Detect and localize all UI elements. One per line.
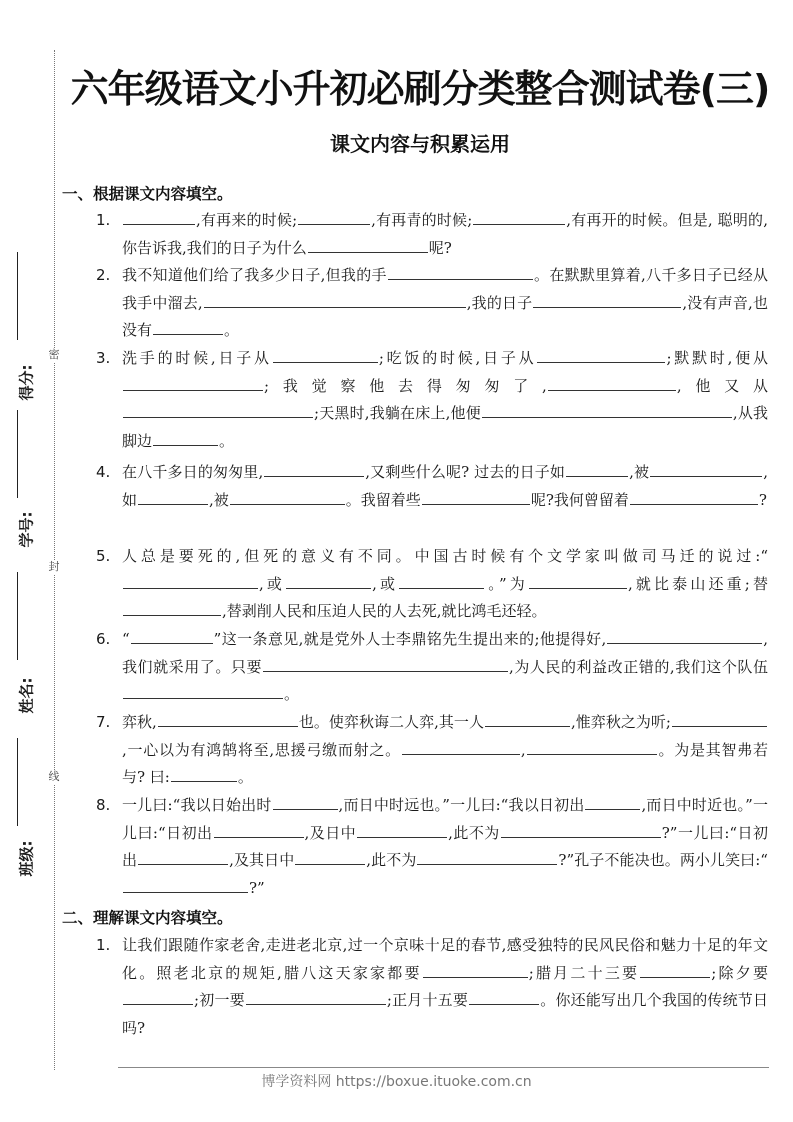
answer-blank[interactable] xyxy=(640,960,710,978)
answer-blank[interactable] xyxy=(158,709,298,727)
question-text: 人总是要死的,但死的意义有不同。中国古时候有个文学家叫做司马迁的说过:“,或,或… xyxy=(122,543,768,626)
question-text-segment: ;腊月二十三要 xyxy=(529,964,640,982)
question-text-segment: 洗手的时候,日子从 xyxy=(122,349,272,367)
question-text: 在八千多日的匆匆里,,又剩些什么呢? 过去的日子如,被,如,被。我留着些呢?我何… xyxy=(122,459,768,514)
question-text-segment: ,有再来的时候; xyxy=(196,211,297,229)
answer-blank[interactable] xyxy=(672,709,767,727)
question-text-segment: ,此不为 xyxy=(366,851,416,869)
question-1-5: 5.人总是要死的,但死的意义有不同。中国古时候有个文学家叫做司马迁的说过:“,或… xyxy=(96,543,768,626)
answer-blank[interactable] xyxy=(388,262,533,280)
answer-blank[interactable] xyxy=(566,459,628,477)
answer-blank[interactable] xyxy=(308,235,428,253)
question-text-segment: 呢?我何曾留着 xyxy=(531,491,629,509)
answer-blank[interactable] xyxy=(286,571,371,589)
question-text: 让我们跟随作家老舍,走进老北京,过一个京味十足的春节,感受独特的民风民俗和魅力十… xyxy=(122,932,768,1042)
name-label: 姓名: xyxy=(16,674,37,718)
page-title: 六年级语文小升初必刷分类整合测试卷(三) xyxy=(70,58,770,113)
seal-mark-mi: 密 xyxy=(46,348,62,362)
class-fill-line[interactable] xyxy=(17,738,18,826)
class-label: 班级: xyxy=(16,837,37,881)
answer-blank[interactable] xyxy=(123,207,195,225)
question-text-segment: 也。使弈秋诲二人弈,其一人 xyxy=(299,713,484,731)
student-id-label: 学号: xyxy=(16,508,37,552)
section-heading-1: 一、根据课文内容填空。 xyxy=(62,182,233,204)
question-number: 7. xyxy=(96,709,110,737)
question-text-segment: 。”为 xyxy=(485,575,528,593)
answer-blank[interactable] xyxy=(204,290,466,308)
footer-source: 博学资料网 https://boxue.ituoke.com.cn xyxy=(0,1071,793,1091)
answer-blank[interactable] xyxy=(263,654,508,672)
question-text-segment: ,而日中时远也。”一儿曰:“我以日初出 xyxy=(339,796,585,814)
answer-blank[interactable] xyxy=(123,571,258,589)
answer-blank[interactable] xyxy=(153,428,218,446)
question-text-segment: 。 xyxy=(224,321,239,339)
question-number: 6. xyxy=(96,626,110,654)
question-text-segment: 在八千多日的匆匆里, xyxy=(122,463,263,481)
answer-blank[interactable] xyxy=(423,960,528,978)
answer-blank[interactable] xyxy=(501,820,661,838)
question-1-4: 4.在八千多日的匆匆里,,又剩些什么呢? 过去的日子如,被,如,被。我留着些呢?… xyxy=(96,459,768,514)
question-1-2: 2.我不知道他们给了我多少日子,但我的手。在默默里算着,八千多日子已经从我手中溜… xyxy=(96,262,768,345)
answer-blank[interactable] xyxy=(123,400,313,418)
score-label: 得分: xyxy=(16,361,37,405)
question-text-segment: 人总是要死的,但死的意义有不同。中国古时候有个文学家叫做司马迁的说过:“ xyxy=(122,547,768,565)
question-text-segment: ,或 xyxy=(259,575,285,593)
answer-blank[interactable] xyxy=(399,571,484,589)
answer-blank[interactable] xyxy=(607,626,762,644)
answer-blank[interactable] xyxy=(533,290,681,308)
question-text-segment: ,有再青的时候; xyxy=(371,211,472,229)
question-text-segment: ;正月十五要 xyxy=(387,991,468,1009)
seal-mark-xian: 线 xyxy=(46,770,62,784)
question-text-segment: 。 xyxy=(238,768,253,786)
answer-blank[interactable] xyxy=(264,459,364,477)
score-fill-line[interactable] xyxy=(17,252,18,340)
question-text-segment: 弈秋, xyxy=(122,713,157,731)
question-text-segment: ?”孔子不能决也。两小儿笑曰:“ xyxy=(558,851,768,869)
answer-blank[interactable] xyxy=(585,792,640,810)
question-text: 洗手的时候,日子从;吃饭的时候,日子从;默默时,便从;我觉察他去得匆匆了,,他又… xyxy=(122,345,768,455)
question-text-segment: ,或 xyxy=(372,575,398,593)
question-number: 8. xyxy=(96,792,110,820)
answer-blank[interactable] xyxy=(246,987,386,1005)
question-text-segment: , xyxy=(521,741,526,759)
question-text-segment: ,及日中 xyxy=(305,824,357,842)
question-text-segment: ,及其日中 xyxy=(229,851,294,869)
question-text-segment: ;天黑时,我躺在床上,他便 xyxy=(314,404,481,422)
answer-blank[interactable] xyxy=(131,626,213,644)
answer-blank[interactable] xyxy=(469,987,539,1005)
question-text: 我不知道他们给了我多少日子,但我的手。在默默里算着,八千多日子已经从我手中溜去,… xyxy=(122,262,768,345)
name-fill-line[interactable] xyxy=(17,572,18,660)
question-text-segment: ;初一要 xyxy=(194,991,245,1009)
student-id-fill-line[interactable] xyxy=(17,410,18,498)
question-text-segment: ? xyxy=(759,491,767,509)
question-text-segment: ;我觉察他去得匆匆了, xyxy=(264,377,547,395)
section-heading-2: 二、理解课文内容填空。 xyxy=(62,906,233,928)
answer-blank[interactable] xyxy=(357,820,447,838)
question-number: 1. xyxy=(96,932,110,960)
question-number: 1. xyxy=(96,207,110,235)
question-text-segment: ?” xyxy=(249,879,265,897)
answer-blank[interactable] xyxy=(153,317,223,335)
answer-blank[interactable] xyxy=(171,764,237,782)
answer-blank[interactable] xyxy=(527,737,657,755)
answer-blank[interactable] xyxy=(123,373,263,391)
question-2-1: 1.让我们跟随作家老舍,走进老北京,过一个京味十足的春节,感受独特的民风民俗和魅… xyxy=(96,932,768,1042)
question-text-segment: ,一心以为有鸿鹄将至,思援弓缴而射之。 xyxy=(122,741,401,759)
question-text-segment: ,就比泰山还重;替 xyxy=(628,575,768,593)
question-text-segment: ”这一条意见,就是党外人士李鼎铭先生提出来的;他提得好, xyxy=(214,630,607,648)
question-number: 2. xyxy=(96,262,110,290)
question-text-segment: ,我的日子 xyxy=(467,294,533,312)
answer-blank[interactable] xyxy=(138,847,228,865)
question-text-segment: ,被 xyxy=(209,491,229,509)
question-text-segment: 呢? xyxy=(429,239,452,257)
question-1-7: 7.弈秋,也。使弈秋诲二人弈,其一人,惟弈秋之为听;,一心以为有鸿鹄将至,思援弓… xyxy=(96,709,768,792)
answer-blank[interactable] xyxy=(485,709,570,727)
page-subtitle: 课文内容与积累运用 xyxy=(70,128,770,157)
question-text: “”这一条意见,就是党外人士李鼎铭先生提出来的;他提得好,,我们就采用了。只要,… xyxy=(122,626,768,709)
question-text-segment: ,又剩些什么呢? 过去的日子如 xyxy=(365,463,565,481)
question-1-8: 8.一儿曰:“我以日始出时,而日中时远也。”一儿曰:“我以日初出,而日中时近也。… xyxy=(96,792,768,902)
answer-blank[interactable] xyxy=(402,737,520,755)
question-text-segment: “ xyxy=(122,630,130,648)
question-text-segment: 。我留着些 xyxy=(346,491,421,509)
question-text-segment: ;除夕要 xyxy=(711,964,768,982)
question-text-segment: ;默默时,便从 xyxy=(666,349,768,367)
answer-blank[interactable] xyxy=(298,207,370,225)
answer-blank[interactable] xyxy=(650,459,762,477)
answer-blank[interactable] xyxy=(123,681,283,699)
question-text-segment: ,惟弈秋之为听; xyxy=(571,713,671,731)
question-text: ,有再来的时候;,有再青的时候;,有再开的时候。但是, 聪明的,你告诉我,我们的… xyxy=(122,207,768,262)
answer-blank[interactable] xyxy=(473,207,565,225)
answer-blank[interactable] xyxy=(138,487,208,505)
answer-blank[interactable] xyxy=(548,373,676,391)
question-text-segment: 一儿曰:“我以日始出时 xyxy=(122,796,272,814)
question-text-segment: ;吃饭的时候,日子从 xyxy=(379,349,537,367)
question-text: 一儿曰:“我以日始出时,而日中时远也。”一儿曰:“我以日初出,而日中时近也。”一… xyxy=(122,792,768,902)
answer-blank[interactable] xyxy=(482,400,732,418)
answer-blank[interactable] xyxy=(537,345,665,363)
answer-blank[interactable] xyxy=(295,847,365,865)
answer-blank[interactable] xyxy=(417,847,557,865)
answer-blank[interactable] xyxy=(123,987,193,1005)
question-number: 3. xyxy=(96,345,110,373)
footer-rule xyxy=(118,1067,769,1068)
question-text-segment: ,他又从 xyxy=(677,377,768,395)
answer-blank[interactable] xyxy=(230,487,345,505)
question-text-segment: ,被 xyxy=(629,463,649,481)
answer-blank[interactable] xyxy=(123,598,221,616)
answer-blank[interactable] xyxy=(422,487,530,505)
question-text-segment: 。 xyxy=(284,685,299,703)
answer-blank[interactable] xyxy=(123,875,248,893)
answer-blank[interactable] xyxy=(529,571,627,589)
answer-blank[interactable] xyxy=(273,345,378,363)
question-text-segment: 。 xyxy=(219,432,234,450)
answer-blank[interactable] xyxy=(273,792,338,810)
question-1-6: 6.“”这一条意见,就是党外人士李鼎铭先生提出来的;他提得好,,我们就采用了。只… xyxy=(96,626,768,709)
answer-blank[interactable] xyxy=(630,487,758,505)
question-text-segment: 我不知道他们给了我多少日子,但我的手 xyxy=(122,266,387,284)
question-number: 4. xyxy=(96,459,110,487)
question-1-3: 3.洗手的时候,日子从;吃饭的时候,日子从;默默时,便从;我觉察他去得匆匆了,,… xyxy=(96,345,768,455)
answer-blank[interactable] xyxy=(214,820,304,838)
question-1-1: 1.,有再来的时候;,有再青的时候;,有再开的时候。但是, 聪明的,你告诉我,我… xyxy=(96,207,768,262)
question-text-segment: ,替剥削人民和压迫人民的人去死,就比鸿毛还轻。 xyxy=(222,602,547,620)
seal-mark-feng: 封 xyxy=(46,560,62,574)
question-text-segment: ,为人民的利益改正错的,我们这个队伍 xyxy=(509,658,768,676)
question-text: 弈秋,也。使弈秋诲二人弈,其一人,惟弈秋之为听;,一心以为有鸿鹄将至,思援弓缴而… xyxy=(122,709,768,792)
question-number: 5. xyxy=(96,543,110,571)
question-text-segment: ,此不为 xyxy=(448,824,500,842)
